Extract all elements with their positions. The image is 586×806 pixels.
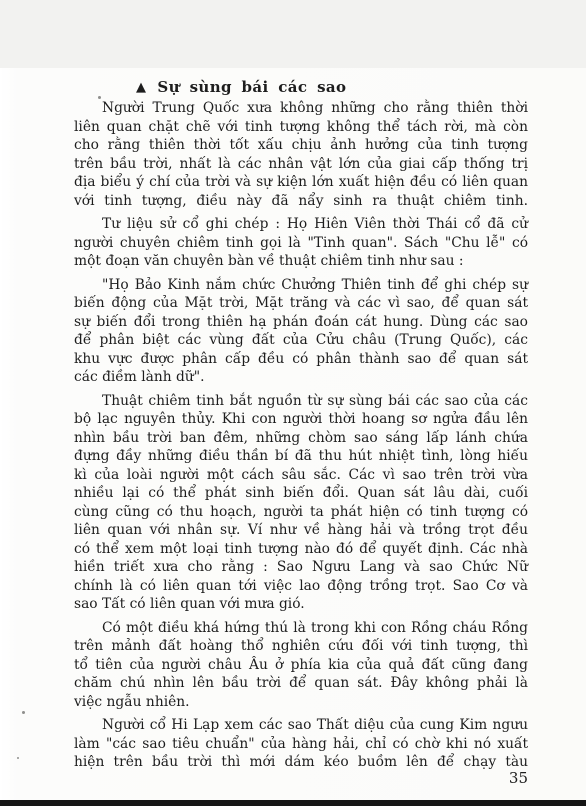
text-line: bộ lạc nguyên thủy. Khi con người thời h… xyxy=(74,410,528,429)
scan-speck xyxy=(98,96,101,99)
paragraph: Thuật chiêm tinh bắt nguồn từ sự sùng bá… xyxy=(74,392,528,614)
text-line: có thể xem một loại tinh tượng nào đó để… xyxy=(74,540,528,559)
text-line: với tinh tượng, điều này đã nẩy sinh ra … xyxy=(74,192,528,211)
text-line: trên mảnh đất hoàng thổ nghiên cứu đối v… xyxy=(74,637,528,656)
text-line: sao Tất có liên quan với mưa gió. xyxy=(74,595,528,614)
section-heading-text: Sự sùng bái các sao xyxy=(157,78,346,96)
text-line: việc ngẫu nhiên. xyxy=(74,693,528,712)
paragraph: Người cổ Hi Lạp xem các sao Thất diệu củ… xyxy=(74,716,528,772)
text-line: các điềm lành dữ". xyxy=(74,368,528,387)
text-line: chăm chú nhìn lên bầu trời để quan sát. … xyxy=(74,674,528,693)
text-line: đựng đầy những điều thần bí đã thu hút n… xyxy=(74,447,528,466)
section-heading: ▲Sự sùng bái các sao xyxy=(136,78,346,96)
text-line: Người Trung Quốc xưa không những cho rằn… xyxy=(74,99,528,118)
scan-bottom-edge xyxy=(0,800,586,806)
text-line: cho rằng thiên thời tốt xấu chịu ảnh hưở… xyxy=(74,136,528,155)
text-line: làm "các sao tiêu chuẩn" của hàng hải, c… xyxy=(74,735,528,754)
text-line: Thuật chiêm tinh bắt nguồn từ sự sùng bá… xyxy=(74,392,528,411)
text-line: chính là có liên quan tới việc lao động … xyxy=(74,577,528,596)
text-line: biến động của Mặt trời, Mặt trăng và các… xyxy=(74,294,528,313)
text-line: cùng cũng có thu hoạch, người ta phát hi… xyxy=(74,503,528,522)
page-number: 35 xyxy=(74,769,528,787)
scan-top-edge xyxy=(0,0,586,68)
text-line: Tư liệu sử cổ ghi chép : Họ Hiên Viên th… xyxy=(74,215,528,234)
text-line: "Họ Bảo Kinh nắm chức Chưởng Thiên tinh … xyxy=(74,276,528,295)
text-line: một đoạn văn chuyên bàn về thuật chiêm t… xyxy=(74,252,528,271)
triangle-section-marker-icon: ▲ xyxy=(136,80,146,95)
text-line: nhìn bầu trời ban đêm, những chòm sao sá… xyxy=(74,429,528,448)
paragraph: Tư liệu sử cổ ghi chép : Họ Hiên Viên th… xyxy=(74,215,528,271)
text-line: tổ tiên của người châu Âu ở phía kia của… xyxy=(74,656,528,675)
text-line: liên quan với nhân sự. Ví như về hàng hả… xyxy=(74,521,528,540)
scan-speck xyxy=(17,757,19,759)
text-line: Có một điều khá hứng thú là trong khi co… xyxy=(74,619,528,638)
text-line: người chuyên chiêm tinh gọi là "Tinh qua… xyxy=(74,234,528,253)
text-line: khu vực được phân cấp đều có phân thành … xyxy=(74,350,528,369)
text-line: địa biểu ý chí của trời và sự kiện lớn x… xyxy=(74,173,528,192)
text-content: Người Trung Quốc xưa không những cho rằn… xyxy=(74,99,528,772)
text-line: sự biến đổi trong thiên hạ phán đoán cát… xyxy=(74,313,528,332)
text-line: hiền triết xưa cho rằng : Sao Ngưu Lang … xyxy=(74,558,528,577)
paragraph: "Họ Bảo Kinh nắm chức Chưởng Thiên tinh … xyxy=(74,276,528,387)
text-line: kì của loài người một cách sâu sắc. Các … xyxy=(74,466,528,485)
text-line: trên bầu trời, nhất là các nhân vật lớn … xyxy=(74,155,528,174)
scanned-book-page: ▲Sự sùng bái các sao Người Trung Quốc xư… xyxy=(0,0,586,806)
text-line: Người cổ Hi Lạp xem các sao Thất diệu củ… xyxy=(74,716,528,735)
scan-speck xyxy=(22,711,25,714)
text-line: nhiều lại có thể phát sinh biến đổi. Qua… xyxy=(74,484,528,503)
text-line: để phân biệt các vùng đất của Cửu châu (… xyxy=(74,331,528,350)
paragraph: Có một điều khá hứng thú là trong khi co… xyxy=(74,619,528,712)
paragraph: Người Trung Quốc xưa không những cho rằn… xyxy=(74,99,528,210)
text-line: liên quan chặt chẽ với tinh tượng không … xyxy=(74,118,528,137)
